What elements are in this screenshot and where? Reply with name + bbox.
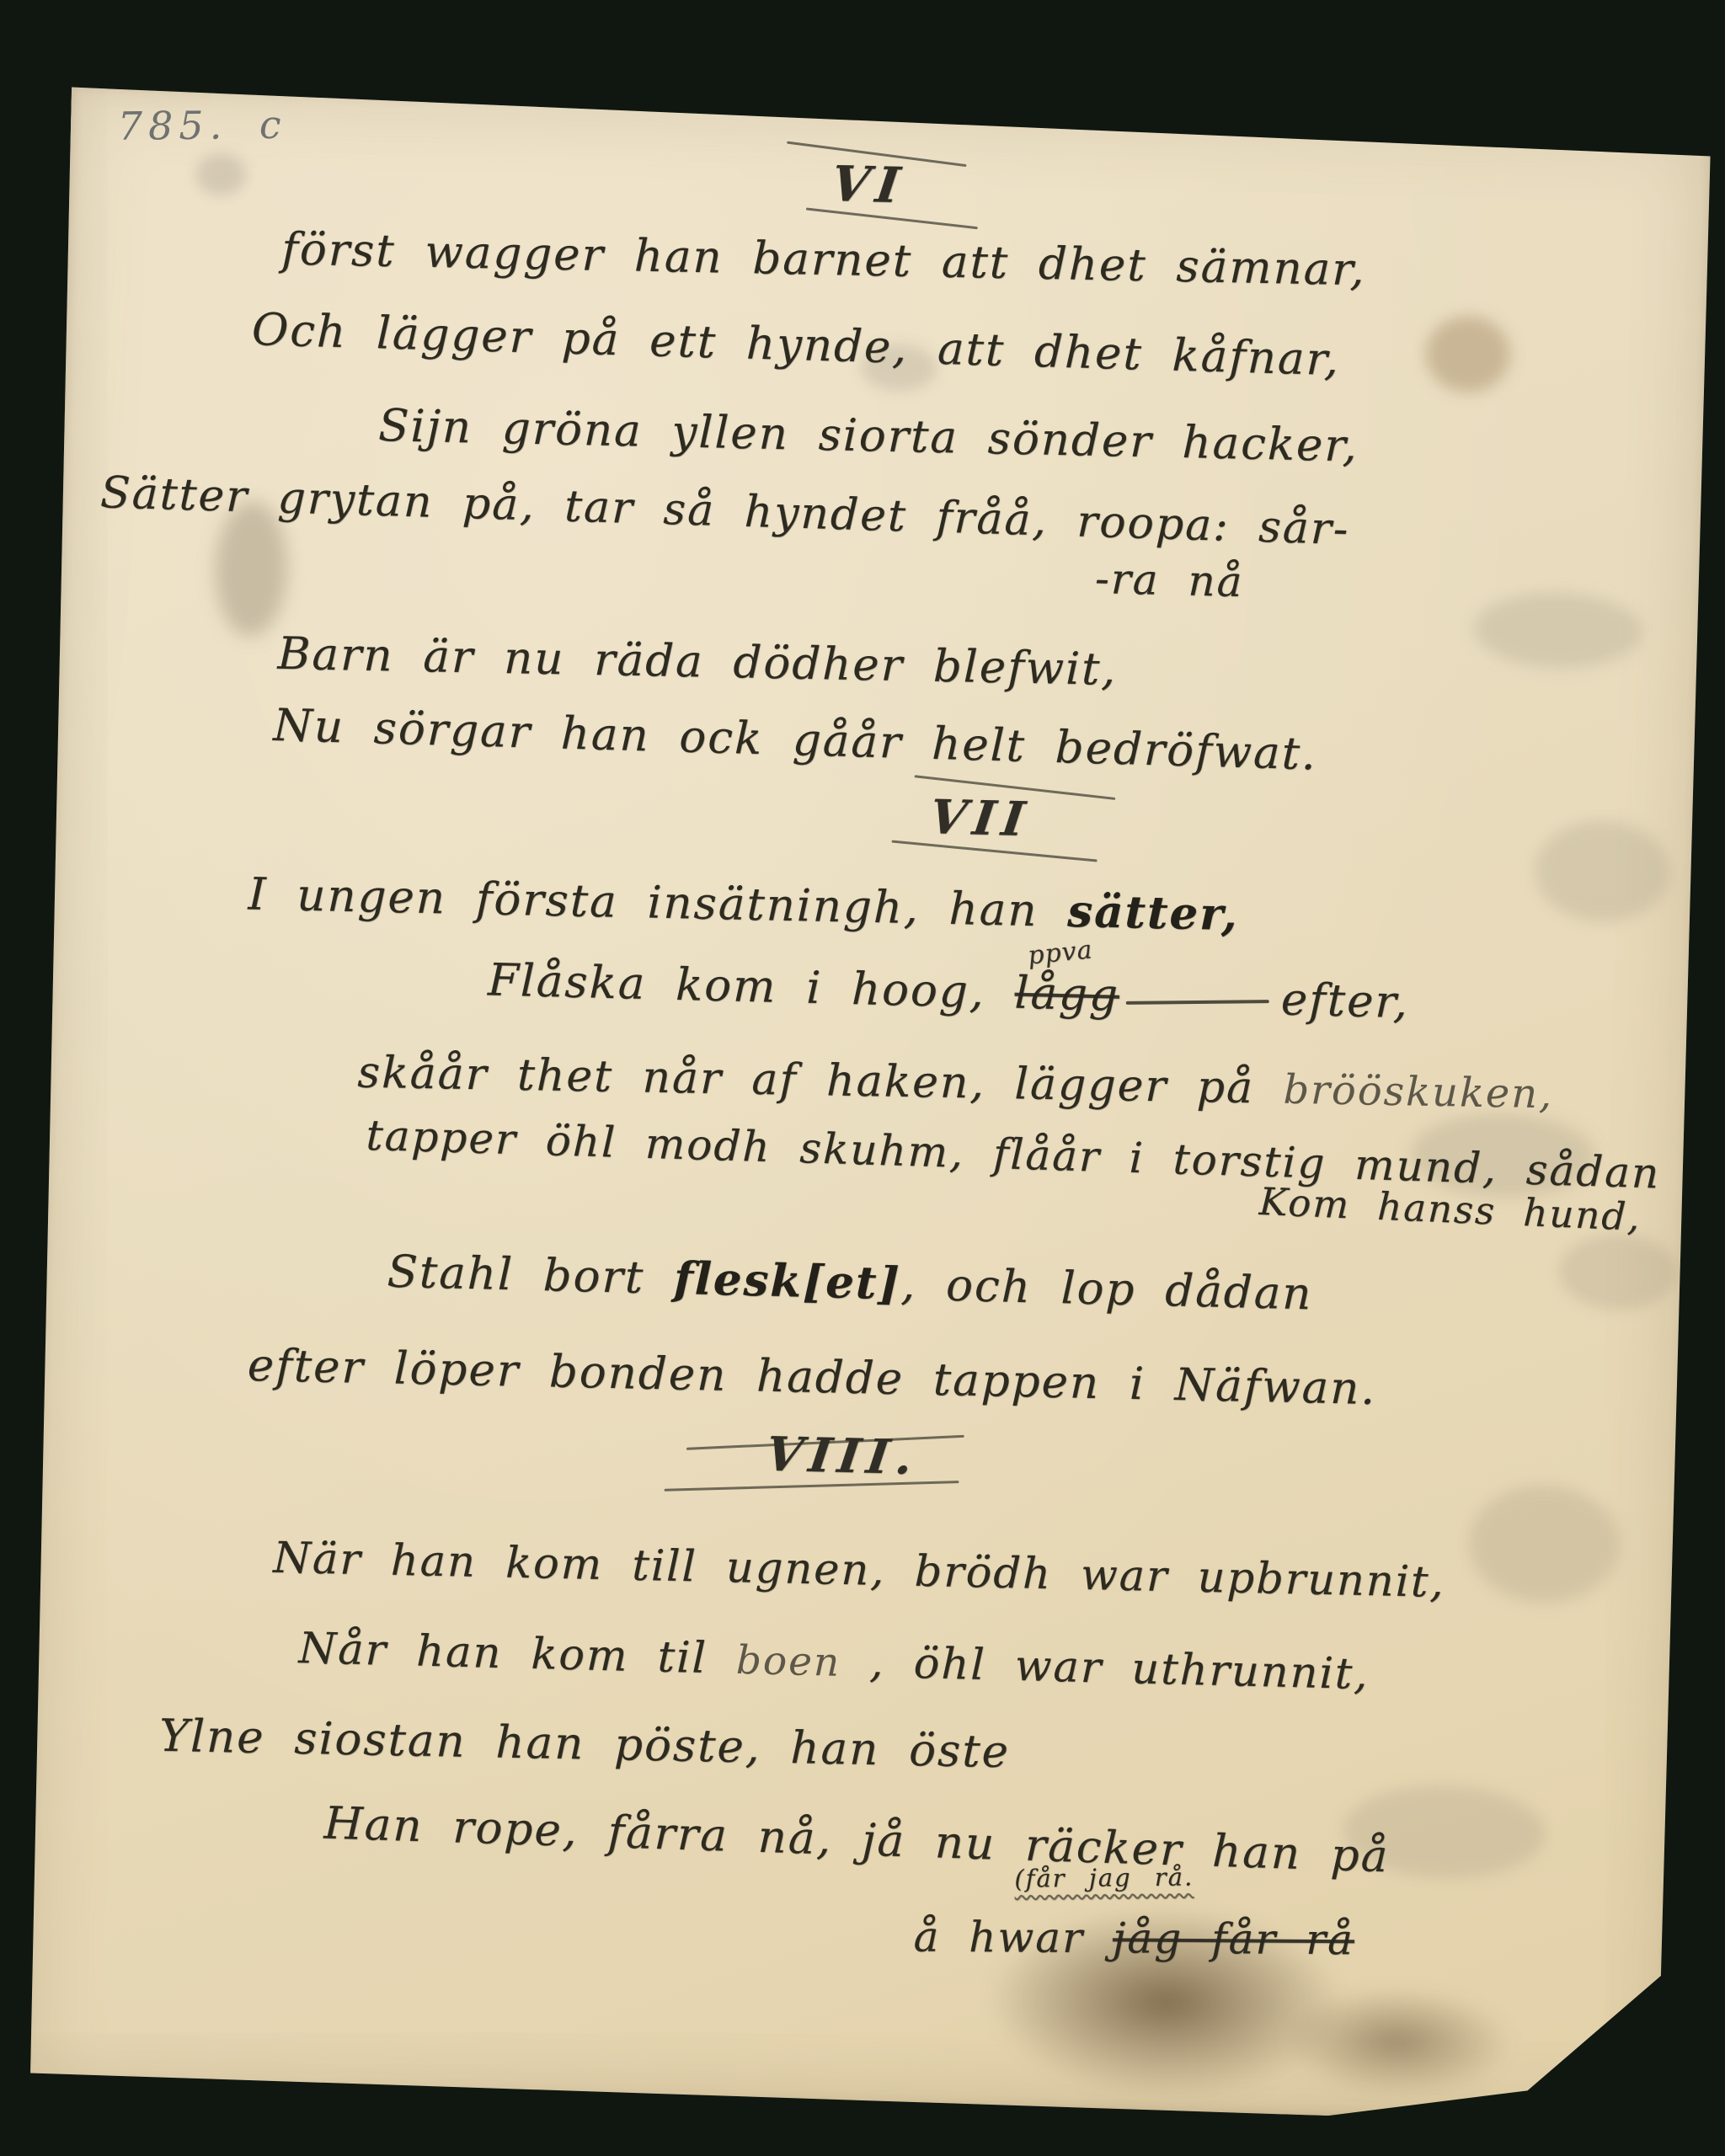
faint-word: boen: [735, 1637, 841, 1686]
verse-line: Ylne siostan han pöste, han öste: [159, 1710, 1011, 1778]
show-through: [1558, 1233, 1678, 1311]
show-through: [1473, 590, 1643, 670]
show-through: [1534, 819, 1671, 924]
smudge-mark: [195, 153, 247, 196]
section-heading-vi: VI: [831, 155, 907, 214]
verse-line: Han rope, fårra nå, jå nu räcker han på: [323, 1798, 1391, 1883]
verse-line: skåår thet når af haken, lägger på bröös…: [357, 1048, 1554, 1119]
verse-line: tapper öhl modh skuhm, flåår i torstig m…: [366, 1111, 1661, 1198]
verse-line: först wagger han barnet att dhet sämnar,: [281, 224, 1366, 296]
verse-line: Nu sörgar han ock gåår helt bedröfwat.: [273, 700, 1318, 781]
struck-word: ppvalågg: [1014, 968, 1120, 1022]
verse-line: -ra nå: [1094, 554, 1244, 606]
archive-number: 785. c: [118, 102, 287, 149]
verse-line: Barn är nu räda dödher blefwit,: [277, 628, 1118, 696]
verse-text: Flåska kom i hoog,: [487, 954, 1015, 1018]
burn-smudge: [1278, 1984, 1516, 2100]
struck-words: jåg får rå: [1113, 1913, 1354, 1964]
interlinear-correction: ppva: [1026, 935, 1093, 970]
verse-text: Stahl bort: [387, 1246, 675, 1305]
verse-line: När han kom till ugnen, brödh war upbrun…: [273, 1534, 1446, 1608]
faint-word: brööskuken,: [1283, 1067, 1554, 1118]
verse-text: efter,: [1280, 974, 1409, 1028]
section-number: VII: [927, 789, 1034, 847]
verse-text: Når han kom til: [298, 1624, 737, 1684]
verse-line: efter löper bonden hadde tappen i Näfwan…: [247, 1340, 1377, 1415]
bracketed-word: flesk[et]: [673, 1252, 901, 1310]
section-heading-viii: VIII.: [766, 1427, 920, 1486]
verse-line: Sijn gröna yllen siorta sönder hacker,: [378, 400, 1359, 472]
corrected-word: sätter,: [1067, 885, 1240, 941]
section-heading-vii: VII: [929, 789, 1031, 847]
manuscript-page: 785. c VI först wagger han barnet att dh…: [23, 84, 1713, 2124]
verse-text: I ungen första insätningh, han: [248, 868, 1068, 937]
verse-line: Flåska kom i hoog, ppvalåggefter,: [487, 954, 1409, 1028]
verse-line: Når han kom til boen , öhl war uthrunnit…: [298, 1624, 1370, 1700]
verse-line: Stahl bort flesk[et], och lop dådan: [387, 1246, 1313, 1321]
verse-text: , öhl war uthrunnit,: [840, 1637, 1370, 1700]
section-number: VI: [828, 155, 910, 214]
scan-background: { "document": { "archive_number": "785. …: [0, 0, 1725, 2156]
stain-mark: [1425, 315, 1511, 392]
section-number: VIII.: [762, 1427, 922, 1486]
verse-line: Sätter grytan på, tar så hyndet fråå, ro…: [99, 467, 1350, 555]
verse-text: , och lop dådan: [900, 1258, 1313, 1320]
verse-line: å hwar jåg får rå: [913, 1913, 1354, 1965]
verse-line: I ungen första insätningh, han sätter,: [248, 867, 1239, 941]
verse-text: å hwar: [913, 1913, 1113, 1963]
verse-text: skåår thet når af haken, lägger på: [357, 1048, 1284, 1114]
strikethrough-extension: [1126, 1000, 1269, 1005]
show-through: [1466, 1483, 1621, 1604]
interlinear-note: (får jag rå.: [1014, 1862, 1194, 1892]
verse-line: Och lägger på ett hynde, att dhet kåfnar…: [251, 304, 1341, 386]
